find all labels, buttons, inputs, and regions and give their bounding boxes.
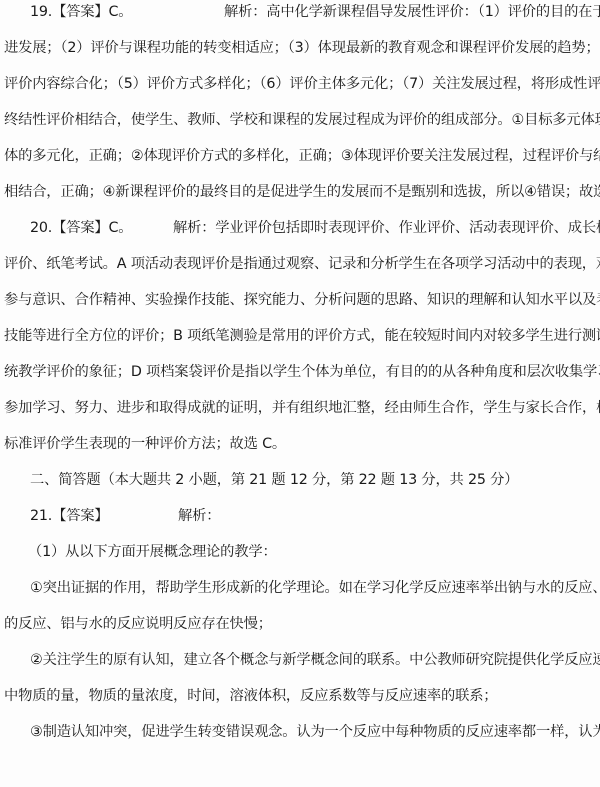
q20-answer-label: 20.【答案】C。 [30,218,173,238]
q19-line-0: 高中化学新课程倡导发展性评价：（1）评价的目的在于促 [266,4,600,20]
q21-header-line: 21.【答案】解析： [30,506,594,526]
q19-analysis-label: 解析： [224,4,266,20]
q21-point2-line-0: ②关注学生的原有认知，建立各个概念与新学概念间的联系。中公教师研究院提供化学反应… [30,650,594,670]
document-page: 19.【答案】C。解析：高中化学新课程倡导发展性评价：（1）评价的目的在于促 进… [0,0,600,787]
q21-point1-line-1: 的反应、铝与水的反应说明反应存在快慢； [4,614,594,634]
q20-line-6: 标准评价学生表现的一种评价方法；故选 C。 [4,434,594,454]
q20-line-2: 参与意识、合作精神、实验操作技能、探究能力、分析问题的思路、知识的理解和认知水平… [4,290,594,310]
q19-line-3: 终结性评价相结合，使学生、教师、学校和课程的发展过程成为评价的组成部分。①目标多… [4,110,594,130]
q20-line-3: 技能等进行全方位的评价；B 项纸笔测验是常用的评价方式，能在较短时间内对较多学生… [4,326,594,346]
q19-header-line: 19.【答案】C。解析：高中化学新课程倡导发展性评价：（1）评价的目的在于促 [30,2,594,22]
q20-line-4: 统教学评价的象征；D 项档案袋评价是指以学生个体为单位，有目的的从各种角度和层次… [4,362,594,382]
q19-line-5: 相结合，正确；④新课程评价的最终目的是促进学生的发展而不是甄别和选拔，所以④错误… [4,182,594,202]
q20-line-5: 参加学习、努力、进步和取得成就的证明，并有组织地汇整，经由师生合作，学生与家长合… [4,398,594,418]
q21-point3-line-0: ③制造认知冲突，促进学生转变错误观念。认为一个反应中每种物质的反应速率都一样，认… [30,722,594,742]
q19-line-1: 进发展；（2）评价与课程功能的转变相适应；（3）体现最新的教育观念和课程评价发展… [4,38,594,58]
q21-sub1-title: （1）从以下方面开展概念理论的教学： [28,542,594,562]
q20-analysis-label: 解析： [173,220,215,236]
q21-point2-line-1: 中物质的量，物质的量浓度，时间，溶液体积，反应系数等与反应速率的联系； [4,686,594,706]
q19-line-4: 体的多元化，正确；②体现评价方式的多样化，正确；③体现评价要关注发展过程，过程评… [4,146,594,166]
q20-line-0: 学业评价包括即时表现评价、作业评价、活动表现评价、成长档案袋 [215,220,600,236]
section2-title: 二、简答题（本大题共 2 小题，第 21 题 12 分，第 22 题 13 分，… [30,470,594,490]
q19-line-2: 评价内容综合化；（5）评价方式多样化；（6）评价主体多元化；（7）关注发展过程，… [4,74,594,94]
q21-point1-line-0: ①突出证据的作用，帮助学生形成新的化学理论。如在学习化学反应速率举出钠与水的反应… [30,578,594,598]
q21-analysis-label: 解析： [178,508,220,524]
q20-line-1: 评价、纸笔考试。A 项活动表现评价是指通过观察、记录和分析学生在各项学习活动中的… [4,254,594,274]
q20-header-line: 20.【答案】C。解析：学业评价包括即时表现评价、作业评价、活动表现评价、成长档… [30,218,594,238]
q19-answer-label: 19.【答案】C。 [30,2,224,22]
q21-answer-label: 21.【答案】 [30,506,178,526]
